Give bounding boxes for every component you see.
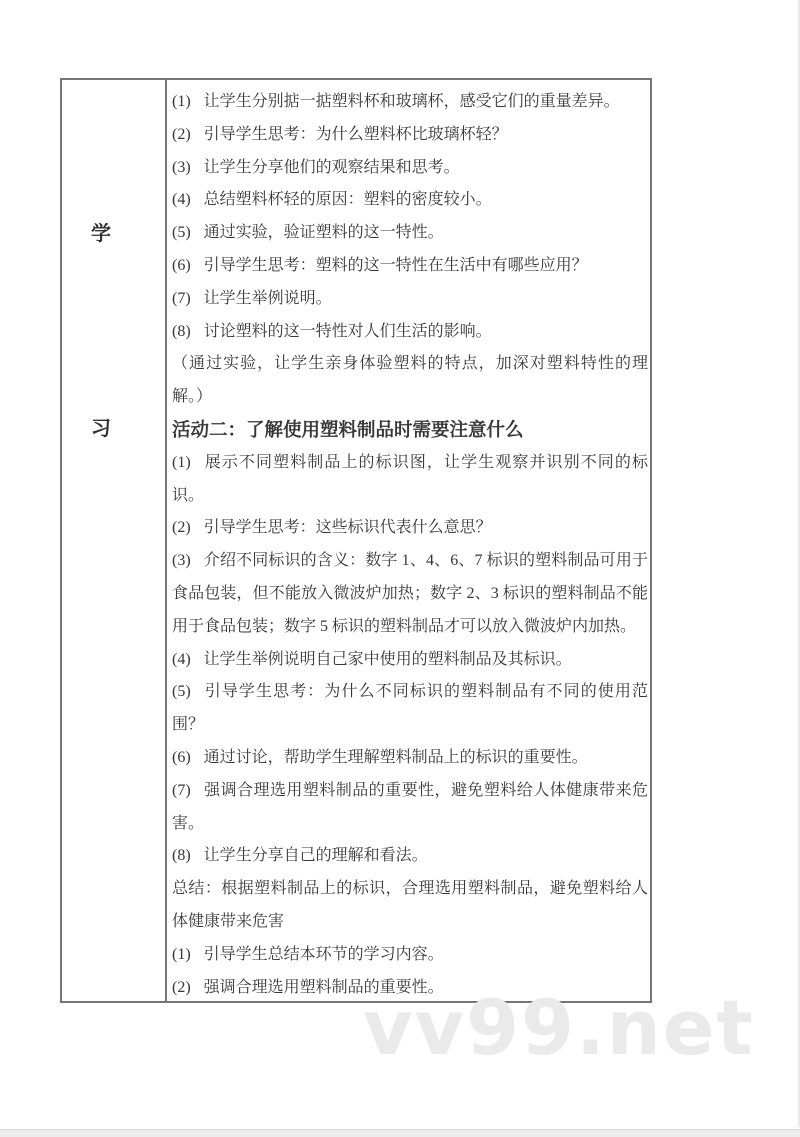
- list-item: (2)引导学生思考：为什么塑料杯比玻璃杯轻？: [172, 119, 648, 152]
- item-number: (7): [172, 782, 191, 799]
- list-item: (5)通过实验，验证塑料的这一特性。: [172, 217, 648, 250]
- item-number: (1): [172, 93, 191, 110]
- item-number: (3): [172, 159, 191, 176]
- list-item: (2)引导学生思考：这些标识代表什么意思？: [172, 512, 648, 545]
- item-number: (1): [172, 454, 191, 471]
- list-item: (1)展示不同塑料制品上的标识图，让学生观察并识别不同的标识。: [172, 447, 648, 513]
- item-text: 总结塑料杯轻的原因：塑料的密度较小。: [204, 191, 492, 208]
- label-column: 学 习: [62, 80, 167, 1001]
- item-text: 让学生分享他们的观察结果和思考。: [204, 159, 460, 176]
- item-number: (8): [172, 323, 191, 340]
- list-item: (3)让学生分享他们的观察结果和思考。: [172, 152, 648, 185]
- item-text: 引导学生思考：为什么不同标识的塑料制品有不同的使用范围？: [172, 683, 648, 733]
- item-number: (5): [172, 224, 191, 241]
- item-number: (2): [172, 126, 191, 143]
- item-number: (4): [172, 651, 191, 668]
- item-text: 让学生分别掂一掂塑料杯和玻璃杯，感受它们的重量差异。: [204, 93, 620, 110]
- item-number: (3): [172, 552, 191, 569]
- item-number: (2): [172, 519, 191, 536]
- item-number: (2): [172, 979, 191, 996]
- list-item: (7)强调合理选用塑料制品的重要性，避免塑料给人体健康带来危害。: [172, 775, 648, 841]
- document-page: 学 习 (1)让学生分别掂一掂塑料杯和玻璃杯，感受它们的重量差异。 (2)引导学…: [0, 0, 800, 1137]
- list-item: (3)介绍不同标识的含义：数字 1、4、6、7 标识的塑料制品可用于食品包装，但…: [172, 545, 648, 643]
- item-number: (8): [172, 847, 191, 864]
- item-number: (7): [172, 290, 191, 307]
- item-text: 强调合理选用塑料制品的重要性，避免塑料给人体健康带来危害。: [172, 782, 648, 832]
- watermark: vv99.net: [363, 983, 755, 1072]
- item-number: (5): [172, 683, 191, 700]
- page-bottom-edge: [0, 1129, 800, 1137]
- item-text: 展示不同塑料制品上的标识图，让学生观察并识别不同的标识。: [172, 454, 648, 504]
- label-char-xue: 学: [62, 217, 140, 246]
- item-text: 让学生分享自己的理解和看法。: [204, 847, 428, 864]
- summary-text: 总结：根据塑料制品上的标识，合理选用塑料制品，避免塑料给人体健康带来危害: [172, 873, 648, 939]
- list-item: (1)引导学生总结本环节的学习内容。: [172, 939, 648, 972]
- item-number: (1): [172, 946, 191, 963]
- list-item: (6)通过讨论，帮助学生理解塑料制品上的标识的重要性。: [172, 742, 648, 775]
- label-char-xi: 习: [62, 412, 140, 441]
- list-item: (7)让学生举例说明。: [172, 283, 648, 316]
- item-text: 引导学生总结本环节的学习内容。: [204, 946, 444, 963]
- list-item: (4)让学生举例说明自己家中使用的塑料制品及其标识。: [172, 644, 648, 677]
- list-item: (8)让学生分享自己的理解和看法。: [172, 840, 648, 873]
- item-number: (6): [172, 257, 191, 274]
- item-text: 讨论塑料的这一特性对人们生活的影响。: [204, 323, 492, 340]
- item-text: 让学生举例说明自己家中使用的塑料制品及其标识。: [204, 651, 572, 668]
- item-text: 引导学生思考：塑料的这一特性在生活中有哪些应用？: [204, 257, 588, 274]
- content-column: (1)让学生分别掂一掂塑料杯和玻璃杯，感受它们的重量差异。 (2)引导学生思考：…: [167, 80, 650, 1001]
- item-number: (6): [172, 749, 191, 766]
- activity1-note: （通过实验，让学生亲身体验塑料的特点，加深对塑料特性的理解。）: [172, 348, 648, 414]
- list-item: (8)讨论塑料的这一特性对人们生活的影响。: [172, 316, 648, 349]
- activity2-heading: 活动二：了解使用塑料制品时需要注意什么: [172, 414, 648, 447]
- item-text: 介绍不同标识的含义：数字 1、4、6、7 标识的塑料制品可用于食品包装，但不能放…: [172, 552, 648, 635]
- list-item: (5)引导学生思考：为什么不同标识的塑料制品有不同的使用范围？: [172, 676, 648, 742]
- item-text: 引导学生思考：这些标识代表什么意思？: [204, 519, 492, 536]
- item-text: 通过讨论，帮助学生理解塑料制品上的标识的重要性。: [204, 749, 588, 766]
- item-text: 通过实验，验证塑料的这一特性。: [204, 224, 444, 241]
- item-text: 引导学生思考：为什么塑料杯比玻璃杯轻？: [204, 126, 508, 143]
- item-text: 让学生举例说明。: [204, 290, 332, 307]
- list-item: (4)总结塑料杯轻的原因：塑料的密度较小。: [172, 184, 648, 217]
- list-item: (1)让学生分别掂一掂塑料杯和玻璃杯，感受它们的重量差异。: [172, 86, 648, 119]
- lesson-plan-table: 学 习 (1)让学生分别掂一掂塑料杯和玻璃杯，感受它们的重量差异。 (2)引导学…: [60, 78, 652, 1003]
- list-item: (6)引导学生思考：塑料的这一特性在生活中有哪些应用？: [172, 250, 648, 283]
- item-number: (4): [172, 191, 191, 208]
